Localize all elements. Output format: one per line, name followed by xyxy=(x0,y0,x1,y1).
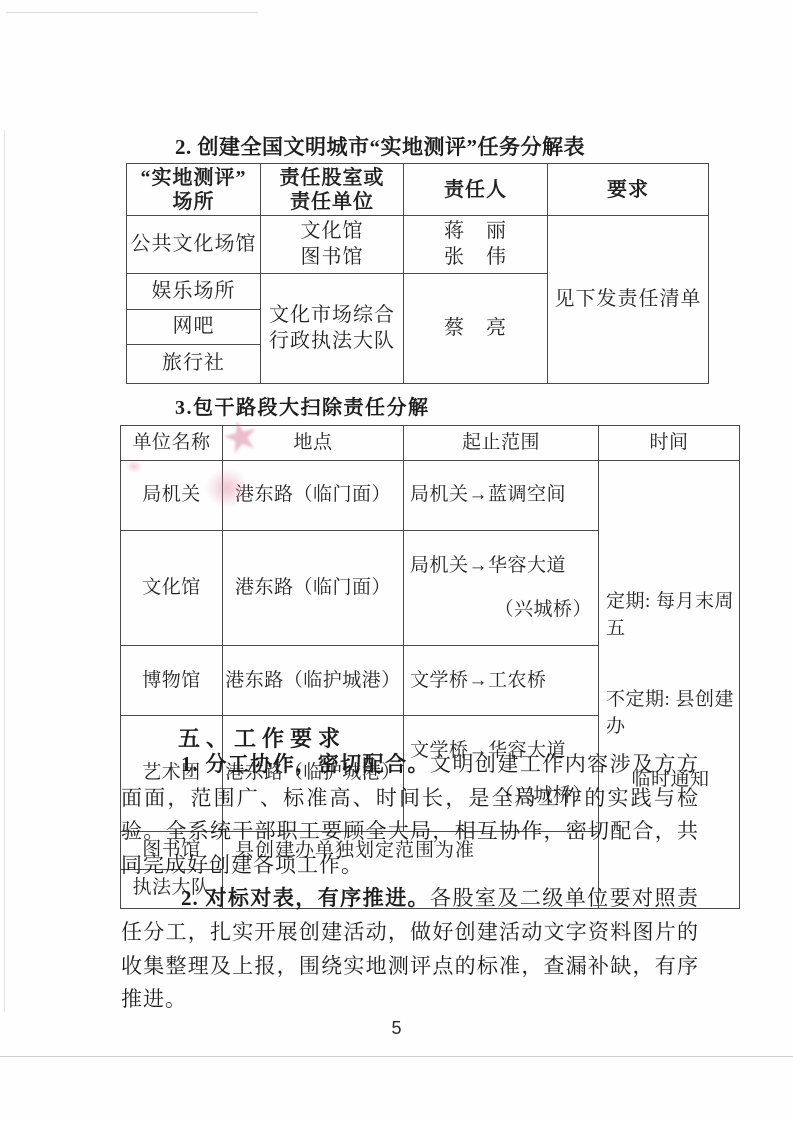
cell-person: 蔡 亮 xyxy=(404,274,548,384)
section-3-title: 3.包干路段大扫除责任分解 xyxy=(175,391,430,420)
cell-location: 港东路（临门面） xyxy=(223,461,404,531)
cell-unit-name: 文化馆 xyxy=(121,531,223,646)
cell-unit: 文化馆 图书馆 xyxy=(261,216,404,274)
scan-artifact-top-line xyxy=(6,12,258,13)
table-row: 公共文化场馆 文化馆 图书馆 蒋 丽 张 伟 见下发责任清单 xyxy=(127,216,709,274)
cell-person: 蒋 丽 张 伟 xyxy=(404,216,548,274)
task-breakdown-table: “实地测评” 场所 责任股室或 责任单位 责任人 要求 公共文化场馆 文化馆 图… xyxy=(126,163,709,384)
header-site: “实地测评” 场所 xyxy=(127,164,261,216)
page-number: 5 xyxy=(0,1018,793,1039)
cell-range: 文学桥→工农桥 xyxy=(404,646,599,716)
cell-unit: 文化市场综合 行政执法大队 xyxy=(261,274,404,384)
time-regular: 定期: 每月末周五 xyxy=(606,589,735,642)
cell-range: 局机关→蓝调空间 xyxy=(404,461,599,531)
scan-artifact-left-line xyxy=(4,130,5,1012)
range-line-1: 文学桥→工农桥 xyxy=(410,670,592,692)
document-page: 2. 创建全国文明城市“实地测评”任务分解表 “实地测评” 场所 责任股室或 责… xyxy=(0,0,793,1121)
table-header-row: “实地测评” 场所 责任股室或 责任单位 责任人 要求 xyxy=(127,164,709,216)
paragraph-2: 2. 对标对表，有序推进。各股室及二级单位要对照责任分工，扎实开展创建活动，做好… xyxy=(121,882,699,1016)
header-time: 时间 xyxy=(599,426,740,461)
cell-requirement: 见下发责任清单 xyxy=(548,216,709,384)
header-range: 起止范围 xyxy=(404,426,599,461)
cell-place: 娱乐场所 xyxy=(127,274,261,310)
cell-range: 局机关→华容大道 （兴城桥） xyxy=(404,531,599,646)
section-2-title: 2. 创建全国文明城市“实地测评”任务分解表 xyxy=(175,131,585,161)
cell-place: 旅行社 xyxy=(127,345,261,384)
paragraph-1-lead: 1. 分工协作，密切配合。 xyxy=(181,752,430,776)
range-line-2: （兴城桥） xyxy=(410,599,592,621)
header-requirement: 要求 xyxy=(548,164,709,216)
scan-artifact-bottom-line xyxy=(0,1056,793,1057)
table-header-row: 单位名称 地点 起止范围 时间 xyxy=(121,426,740,461)
work-requirements-text: 1. 分工协作，密切配合。文明创建工作内容涉及方方面面，范围广、标准高、时间长，… xyxy=(121,748,699,1017)
cell-location: 港东路（临护城港） xyxy=(223,646,404,716)
time-irregular: 不定期: 县创建办 xyxy=(606,687,735,740)
range-line-1: 局机关→华容大道 xyxy=(410,555,592,577)
cell-location: 港东路（临门面） xyxy=(223,531,404,646)
range-line-1: 局机关→蓝调空间 xyxy=(410,484,592,506)
header-responsible-unit: 责任股室或 责任单位 xyxy=(261,164,404,216)
cell-unit-name: 博物馆 xyxy=(121,646,223,716)
header-unit-name: 单位名称 xyxy=(121,426,223,461)
cell-place: 公共文化场馆 xyxy=(127,216,261,274)
paragraph-1: 1. 分工协作，密切配合。文明创建工作内容涉及方方面面，范围广、标准高、时间长，… xyxy=(121,748,699,882)
red-stamp-blob-fragment xyxy=(205,468,249,508)
paragraph-2-lead: 2. 对标对表，有序推进。 xyxy=(181,886,430,910)
header-responsible-person: 责任人 xyxy=(404,164,548,216)
cell-place: 网吧 xyxy=(127,310,261,345)
red-stamp-speck-fragment xyxy=(126,460,142,473)
